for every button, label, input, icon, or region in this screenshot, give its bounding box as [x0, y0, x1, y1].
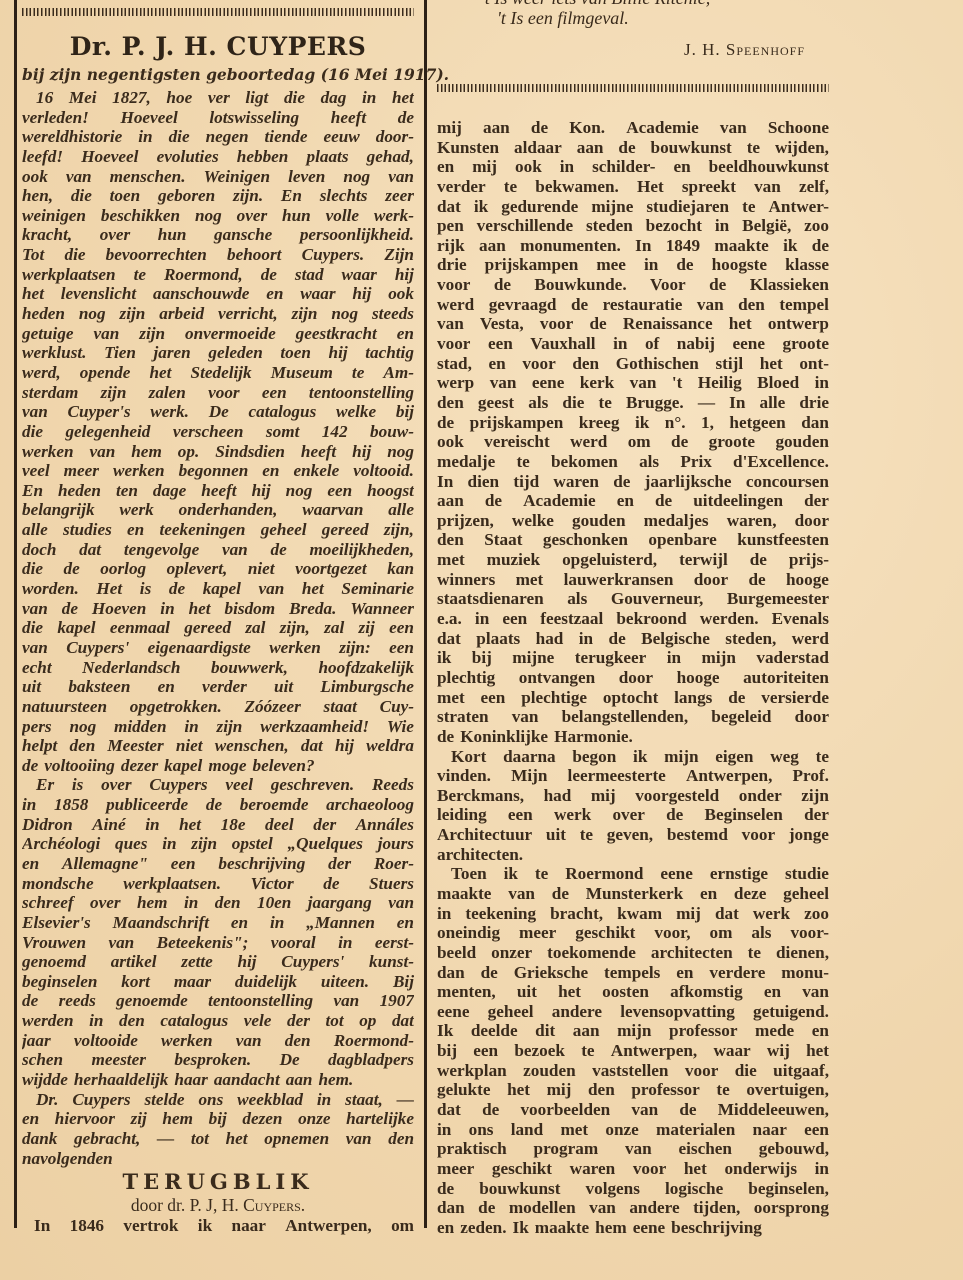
text-line: hedennogzijnarbeidverricht,zijnnogsteeds — [22, 304, 414, 324]
text-line: worden.HetisdekapelvanhetSeminarie — [22, 579, 414, 599]
text-line: inonslandmetonzematerialennaareen — [437, 1120, 829, 1140]
text-line: drieprijskampenmeeindehoogsteklasse — [437, 255, 829, 275]
text-line: dochdattengevolgevandemoeilijkheden, — [22, 540, 414, 560]
text-line: debouwkunstvolgenslogischebeginselen, — [437, 1179, 829, 1199]
text-line: werkplaatsenteRoermond,destadwaarhij — [22, 265, 414, 285]
text-line: vanVesta,voordeRenaissancehetontwerp — [437, 314, 829, 334]
text-line: ookvereischtwerdomdegrootegouden — [437, 432, 829, 452]
text-line: rijkaanmonumenten.In1849maakteikde — [437, 236, 829, 256]
text-line: enhiervoorzijhembijdezenonzehartelijke — [22, 1109, 414, 1129]
text-line: ookvanmenschen.Weinigenlevennogvan — [22, 167, 414, 187]
text-line: DidronAinéinhet18edeelderAnnáles — [22, 815, 414, 835]
text-line: allestudiesenteekeningengeheelgereedzijn… — [22, 520, 414, 540]
text-line: bijeenbezoekteAntwerpen,waarwijhet — [437, 1041, 829, 1061]
text-line: verleden!Hoeveellotswisselingheeftde — [22, 108, 414, 128]
text-line: persnogmiddeninzijnwerkzaamheid!Wie — [22, 717, 414, 737]
text-line: e.a.ineenfeestzaalbekroondwerden.Evenals — [437, 609, 829, 629]
text-line: dandeGriekschetempelsenverderemonu- — [437, 963, 829, 983]
text-line: werklust.Tienjarengeledentoenhijtachtig — [22, 343, 414, 363]
text-line: meergeschiktwarenvoorhetonderwijsin — [437, 1159, 829, 1179]
byline-prefix: door dr. P. J, H. — [131, 1195, 243, 1215]
article-body: 16Mei1827,hoeverligtdiedaginhetverleden!… — [22, 88, 414, 1168]
article-title: Dr. P. J. H. CUYPERS — [22, 32, 414, 61]
column-divider-rule — [424, 0, 427, 1228]
text-line: vanCuyper'swerk.Decataloguswelkebij — [22, 402, 414, 422]
text-line: stad,envoordenGothischenstijlhetont- — [437, 354, 829, 374]
text-line: diegelegenheidverscheensomt142bouw- — [22, 422, 414, 442]
text-line: oneindigmeergeschiktvoor,omalsvoor- — [437, 923, 829, 943]
text-line: beginselenkortmaarduidelijkuiteen.Bij — [22, 972, 414, 992]
byline-name: Cuypers. — [243, 1195, 305, 1215]
text-line: ToenikteRoermondeeneernstigestudie — [437, 864, 829, 884]
poem-author: J. H. Speenhoff — [437, 40, 805, 60]
poem-line: 't Is een filmgeval. — [481, 8, 829, 28]
text-line: werd,opendehetStedelijkMuseumteAm- — [22, 363, 414, 383]
text-line: enmijookinschilder-enbeeldhouwkunst — [437, 157, 829, 177]
text-line: Ikdeeldeditaanmijnprofessormedeen — [437, 1021, 829, 1041]
text-line: hen,dietoengeborenzijn.Enslechtszeer — [22, 186, 414, 206]
text-line: echtNederlandschbouwwerk,hoofdzakelijk — [22, 658, 414, 678]
text-line: metmuziekopgeluisterd,terwijldeprijs- — [437, 550, 829, 570]
text-line: Architectuuruittegeven,bestemdvoorjonge — [437, 825, 829, 845]
text-line: menten,uithetoostenafkomstigenvan — [437, 982, 829, 1002]
text-line: medaljetebekomenalsPrixd'Excellence. — [437, 452, 829, 472]
text-line: dereedsgenoemdetentoonstellingvan1907 — [22, 991, 414, 1011]
text-line: vandeHoeveninhetbisdomBreda.Wanneer — [22, 599, 414, 619]
text-line: datplaatshadindeBelgischesteden,werd — [437, 629, 829, 649]
left-column: Dr. P. J. H. CUYPERS bij zijn negentigst… — [22, 0, 414, 1236]
text-line: eenegeheelanderelevensopvattinggetuigend… — [437, 1002, 829, 1022]
text-line: belangrijkwerkonderhanden,waarvanalle — [22, 500, 414, 520]
text-line: Enhedentendageheefthijnogeenhoogst — [22, 481, 414, 501]
text-line: enzeden.Ikmaaktehemeenebeschrijving — [437, 1218, 829, 1238]
poem-line: 't Is weer iets van Billie Ritchie, — [481, 0, 829, 8]
text-line: diedeoorlogoplevert,nietvoortgezetkan — [22, 559, 414, 579]
right-column: 't Is weer iets van Billie Ritchie, 't I… — [437, 0, 829, 1238]
text-line: veelmeerwerkenbegonnenenenkelevoltooid. — [22, 461, 414, 481]
text-line: winnersmetlauwerkransendoordehooge — [437, 570, 829, 590]
text-line: leidingeenwerkoverdeBeginselender — [437, 805, 829, 825]
text-line: TotdiebevoorrechtenbehoortCuypers.Zijn — [22, 245, 414, 265]
text-line: architecten. — [437, 845, 829, 865]
text-line: navolgenden — [22, 1149, 414, 1169]
text-line: schenmeesterbesproken.Dedagbladpers — [22, 1050, 414, 1070]
text-line: dankgebracht,—tothetopnemenvanden — [22, 1129, 414, 1149]
text-line: vooreenVauxhallinofnabijeenegroote — [437, 334, 829, 354]
text-line: voordeBouwkunde.VoordeKlassieken — [437, 275, 829, 295]
text-line: in1858publiceerdedeberoemdearchaeoloog — [22, 795, 414, 815]
text-line: deprijskampenkreegikn°.1,hetgeendan — [437, 413, 829, 433]
text-line: kracht,overhunganschepersoonlijkheid. — [22, 225, 414, 245]
text-line: diekapeleenmaalgereedzalzijn,zalzijeen — [22, 618, 414, 638]
text-line: stratenvanbelangstellenden,begeleiddoor — [437, 707, 829, 727]
text-line: weinigenbeschikkennogoverhunvollewerk- — [22, 206, 414, 226]
article-subtitle: bij zijn negentigsten geboortedag (16 Me… — [22, 65, 414, 84]
text-line: penverschillendestedenbezochtinBelgië,zo… — [437, 216, 829, 236]
text-line: aandeAcademieendeuitdeelingender — [437, 491, 829, 511]
text-line: meteenplechtigeoptochtlangsdeversierde — [437, 688, 829, 708]
text-line: natuursteenopgetrokken.ZóózeerstaatCuy- — [22, 697, 414, 717]
text-line: dandemodellenvananderetijden,oorsprong — [437, 1198, 829, 1218]
text-line: mondschewerkplaatsen.VictordeStuers — [22, 874, 414, 894]
text-line: hetlevenslichtaanschouwdeenwaarhijook — [22, 284, 414, 304]
poem-fragment: 't Is weer iets van Billie Ritchie, 't I… — [437, 0, 829, 28]
text-line: datikgedurendemijnestudiejarenteAntwer- — [437, 197, 829, 217]
section-title-terugblik: TERUGBLIK — [22, 1170, 414, 1194]
text-line: praktischprogramvaneischengebouwd, — [437, 1139, 829, 1159]
text-line: Kortdaarnabegonikmijneigenwegte — [437, 747, 829, 767]
text-line: werkplanzoudenvaststellenvoordieuitgaaf, — [437, 1061, 829, 1081]
terugblik-opening-line: In1846vertrokiknaarAntwerpen,om — [22, 1216, 414, 1236]
text-line: werdenindencatalogusveledertotopdat — [22, 1011, 414, 1031]
text-line: 16Mei1827,hoeverligtdiedaginhet — [22, 88, 414, 108]
text-line: jaarvoltooidewerkenvandenRoermond- — [22, 1031, 414, 1051]
text-line: mijaandeKon.AcademievanSchoone — [437, 118, 829, 138]
text-line: inteekeningbracht,kwammijdatwerkzoo — [437, 904, 829, 924]
text-line: plechtigontvangendoorhoogeautoriteiten — [437, 668, 829, 688]
text-line: vinden.MijnleermeesterteAntwerpen,Prof. — [437, 766, 829, 786]
terugblik-continued-body: mijaandeKon.AcademievanSchooneKunstenald… — [437, 118, 829, 1238]
text-line: Dr.Cuyperssteldeonsweekbladinstaat,— — [22, 1090, 414, 1110]
text-line: werdgevraagdderestauratievandentempel — [437, 295, 829, 315]
text-line: devoltooiingdezerkapelmogebeleven? — [22, 756, 414, 776]
text-line: dengeestalsdieteBrugge.—Inalledrie — [437, 393, 829, 413]
text-line: VrouwenvanBeteekenis";vooralineerst- — [22, 933, 414, 953]
text-line: genoemdartikelzettehijCuypers'kunst- — [22, 952, 414, 972]
dotted-separator-top — [22, 8, 414, 16]
text-line: denStaatgeschonkenopenbarekunstfeesten — [437, 530, 829, 550]
text-line: enAllemagne"eenbeschrijvingderRoer- — [22, 854, 414, 874]
text-line: beeldonzertoekomendearchitectentedienen, — [437, 943, 829, 963]
text-line: helptdenMeesternietwenschen,dathijweldra — [22, 736, 414, 756]
text-line: deKoninklijkeHarmonie. — [437, 727, 829, 747]
text-line: Kunstenaldaaraandebouwkunsttewijden, — [437, 138, 829, 158]
text-line: werkenvanhemop.Sindsdienheefthijnog — [22, 442, 414, 462]
text-line: ikbijmijneterugkeerinmijnvaderstad — [437, 648, 829, 668]
left-margin-rule — [14, 0, 17, 1228]
text-line: verdertebekwamen.Hetspreektvanzelf, — [437, 177, 829, 197]
text-line: ErisoverCuypersveelgeschreven.Reeds — [22, 775, 414, 795]
text-line: Archéologiquesinzijnopstel„Quelquesjours — [22, 834, 414, 854]
dotted-separator-right — [437, 84, 829, 92]
text-line: datdevoorbeeldenvandeMiddeleeuwen, — [437, 1100, 829, 1120]
text-line: geluktehetmijdenprofessorteovertuigen, — [437, 1080, 829, 1100]
text-line: sterdamzijnzalenvooreententoonstelling — [22, 383, 414, 403]
text-line: wereldhistorieindienegentiendeeeuwdoor- — [22, 127, 414, 147]
text-line: schreefoverheminden10enjaargangvan — [22, 893, 414, 913]
text-line: vanCuypers'eigenaardigstewerkenzijn:een — [22, 638, 414, 658]
text-line: leefd!Hoeveelevolutieshebbenplaatsgehad, — [22, 147, 414, 167]
text-line: wijddeherhaaldelijkhaaraandachtaanhem. — [22, 1070, 414, 1090]
text-line: werpvaneenekerkvan'tHeiligBloedin — [437, 373, 829, 393]
text-line: Elsevier'sMaandschriftenin„Mannenen — [22, 913, 414, 933]
text-line: prijzen,welkegoudenmedaljeswaren,door — [437, 511, 829, 531]
text-line: getuigevanzijnonvermoeidegeestkrachten — [22, 324, 414, 344]
text-line: staatsdienarenalsGouverneur,Burgemeester — [437, 589, 829, 609]
text-line: Indientijdwarendejaarlijkscheconcoursen — [437, 472, 829, 492]
text-line: uitbaksteenenverderuitLimburgsche — [22, 677, 414, 697]
section-byline: door dr. P. J, H. Cuypers. — [22, 1194, 414, 1216]
text-line: maaktevandeMunsterkerkendezegeheel — [437, 884, 829, 904]
text-line: Berckmans,hadmijvoorgesteldonderzijn — [437, 786, 829, 806]
